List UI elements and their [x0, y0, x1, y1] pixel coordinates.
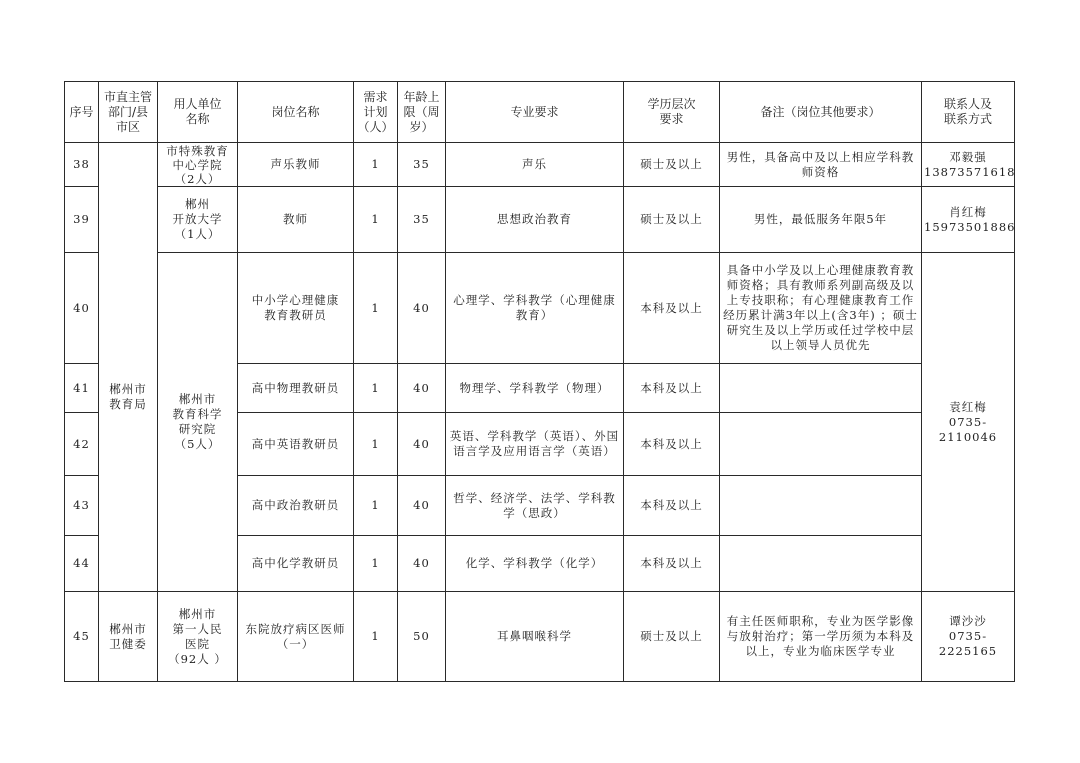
header-contact: 联系人及 联系方式 [922, 82, 1015, 143]
cell-position: 中小学心理健康 教育教研员 [238, 253, 354, 364]
cell-seq: 42 [65, 413, 99, 476]
cell-quota: 1 [354, 187, 398, 253]
cell-age-limit: 40 [398, 476, 446, 536]
header-remarks: 备注（岗位其他要求） [720, 82, 922, 143]
cell-position: 高中物理教研员 [238, 364, 354, 413]
cell-dept: 郴州市 卫健委 [99, 592, 158, 682]
cell-quota: 1 [354, 253, 398, 364]
cell-age-limit: 40 [398, 536, 446, 592]
cell-employer: 郴州市 第一人民 医院 （92人 ） [158, 592, 238, 682]
cell-education: 硕士及以上 [624, 143, 720, 187]
cell-contact: 谭沙沙 0735-2225165 [922, 592, 1015, 682]
header-employer: 用人单位 名称 [158, 82, 238, 143]
header-dept: 市直主管 部门/县 市区 [99, 82, 158, 143]
cell-education: 本科及以上 [624, 536, 720, 592]
cell-major: 哲学、经济学、法学、学科教学（思政） [446, 476, 624, 536]
cell-position: 高中英语教研员 [238, 413, 354, 476]
cell-major: 心理学、学科教学（心理健康教育） [446, 253, 624, 364]
cell-quota: 1 [354, 592, 398, 682]
cell-employer: 郴州市 教育科学 研究院 （5人） [158, 253, 238, 592]
cell-contact: 肖红梅 15973501886 [922, 187, 1015, 253]
cell-remarks [720, 536, 922, 592]
cell-remarks [720, 476, 922, 536]
cell-quota: 1 [354, 413, 398, 476]
cell-education: 本科及以上 [624, 253, 720, 364]
cell-quota: 1 [354, 536, 398, 592]
cell-major: 思想政治教育 [446, 187, 624, 253]
cell-age-limit: 40 [398, 413, 446, 476]
cell-education: 硕士及以上 [624, 592, 720, 682]
cell-age-limit: 35 [398, 187, 446, 253]
cell-quota: 1 [354, 476, 398, 536]
cell-position: 声乐教师 [238, 143, 354, 187]
cell-seq: 43 [65, 476, 99, 536]
cell-position: 高中化学教研员 [238, 536, 354, 592]
cell-seq: 39 [65, 187, 99, 253]
cell-education: 本科及以上 [624, 413, 720, 476]
cell-seq: 38 [65, 143, 99, 187]
cell-age-limit: 50 [398, 592, 446, 682]
cell-remarks: 有主任医师职称，专业为医学影像与放射治疗；第一学历须为本科及以上，专业为临床医学… [720, 592, 922, 682]
cell-remarks: 男性，最低服务年限5年 [720, 187, 922, 253]
cell-employer: 市特殊教育 中心学院 （2人） [158, 143, 238, 187]
cell-remarks [720, 413, 922, 476]
header-quota: 需求 计划 （人） [354, 82, 398, 143]
cell-quota: 1 [354, 364, 398, 413]
cell-position: 东院放疗病区医师 （一） [238, 592, 354, 682]
cell-age-limit: 40 [398, 253, 446, 364]
table-row: 45 郴州市 卫健委 郴州市 第一人民 医院 （92人 ） 东院放疗病区医师 （… [65, 592, 1015, 682]
cell-remarks: 男性，具备高中及以上相应学科教师资格 [720, 143, 922, 187]
cell-seq: 40 [65, 253, 99, 364]
header-position: 岗位名称 [238, 82, 354, 143]
cell-education: 硕士及以上 [624, 187, 720, 253]
cell-age-limit: 35 [398, 143, 446, 187]
cell-dept: 郴州市 教育局 [99, 143, 158, 592]
header-seq: 序号 [65, 82, 99, 143]
table-row: 38 郴州市 教育局 市特殊教育 中心学院 （2人） 声乐教师 1 35 声乐 … [65, 143, 1015, 187]
cell-remarks: 具备中小学及以上心理健康教育教师资格；具有教师系列副高级及以上专技职称；有心理健… [720, 253, 922, 364]
cell-position: 高中政治教研员 [238, 476, 354, 536]
cell-remarks [720, 364, 922, 413]
cell-position: 教师 [238, 187, 354, 253]
cell-education: 本科及以上 [624, 364, 720, 413]
cell-major: 耳鼻咽喉科学 [446, 592, 624, 682]
cell-major: 声乐 [446, 143, 624, 187]
table-row: 40 郴州市 教育科学 研究院 （5人） 中小学心理健康 教育教研员 1 40 … [65, 253, 1015, 364]
cell-seq: 45 [65, 592, 99, 682]
cell-major: 化学、学科教学（化学） [446, 536, 624, 592]
header-major: 专业要求 [446, 82, 624, 143]
cell-major: 英语、学科教学（英语）、外国语言学及应用语言学（英语） [446, 413, 624, 476]
cell-employer: 郴州 开放大学 （1人） [158, 187, 238, 253]
table-row: 39 郴州 开放大学 （1人） 教师 1 35 思想政治教育 硕士及以上 男性，… [65, 187, 1015, 253]
cell-seq: 44 [65, 536, 99, 592]
cell-contact: 邓毅强 13873571618 [922, 143, 1015, 187]
cell-major: 物理学、学科教学（物理） [446, 364, 624, 413]
cell-education: 本科及以上 [624, 476, 720, 536]
recruitment-table: 序号 市直主管 部门/县 市区 用人单位 名称 岗位名称 需求 计划 （人） 年… [64, 81, 1015, 682]
cell-contact: 袁红梅 0735-2110046 [922, 253, 1015, 592]
header-education: 学历层次 要求 [624, 82, 720, 143]
cell-quota: 1 [354, 143, 398, 187]
header-row: 序号 市直主管 部门/县 市区 用人单位 名称 岗位名称 需求 计划 （人） 年… [65, 82, 1015, 143]
header-age-limit: 年龄上 限（周 岁） [398, 82, 446, 143]
cell-age-limit: 40 [398, 364, 446, 413]
cell-seq: 41 [65, 364, 99, 413]
